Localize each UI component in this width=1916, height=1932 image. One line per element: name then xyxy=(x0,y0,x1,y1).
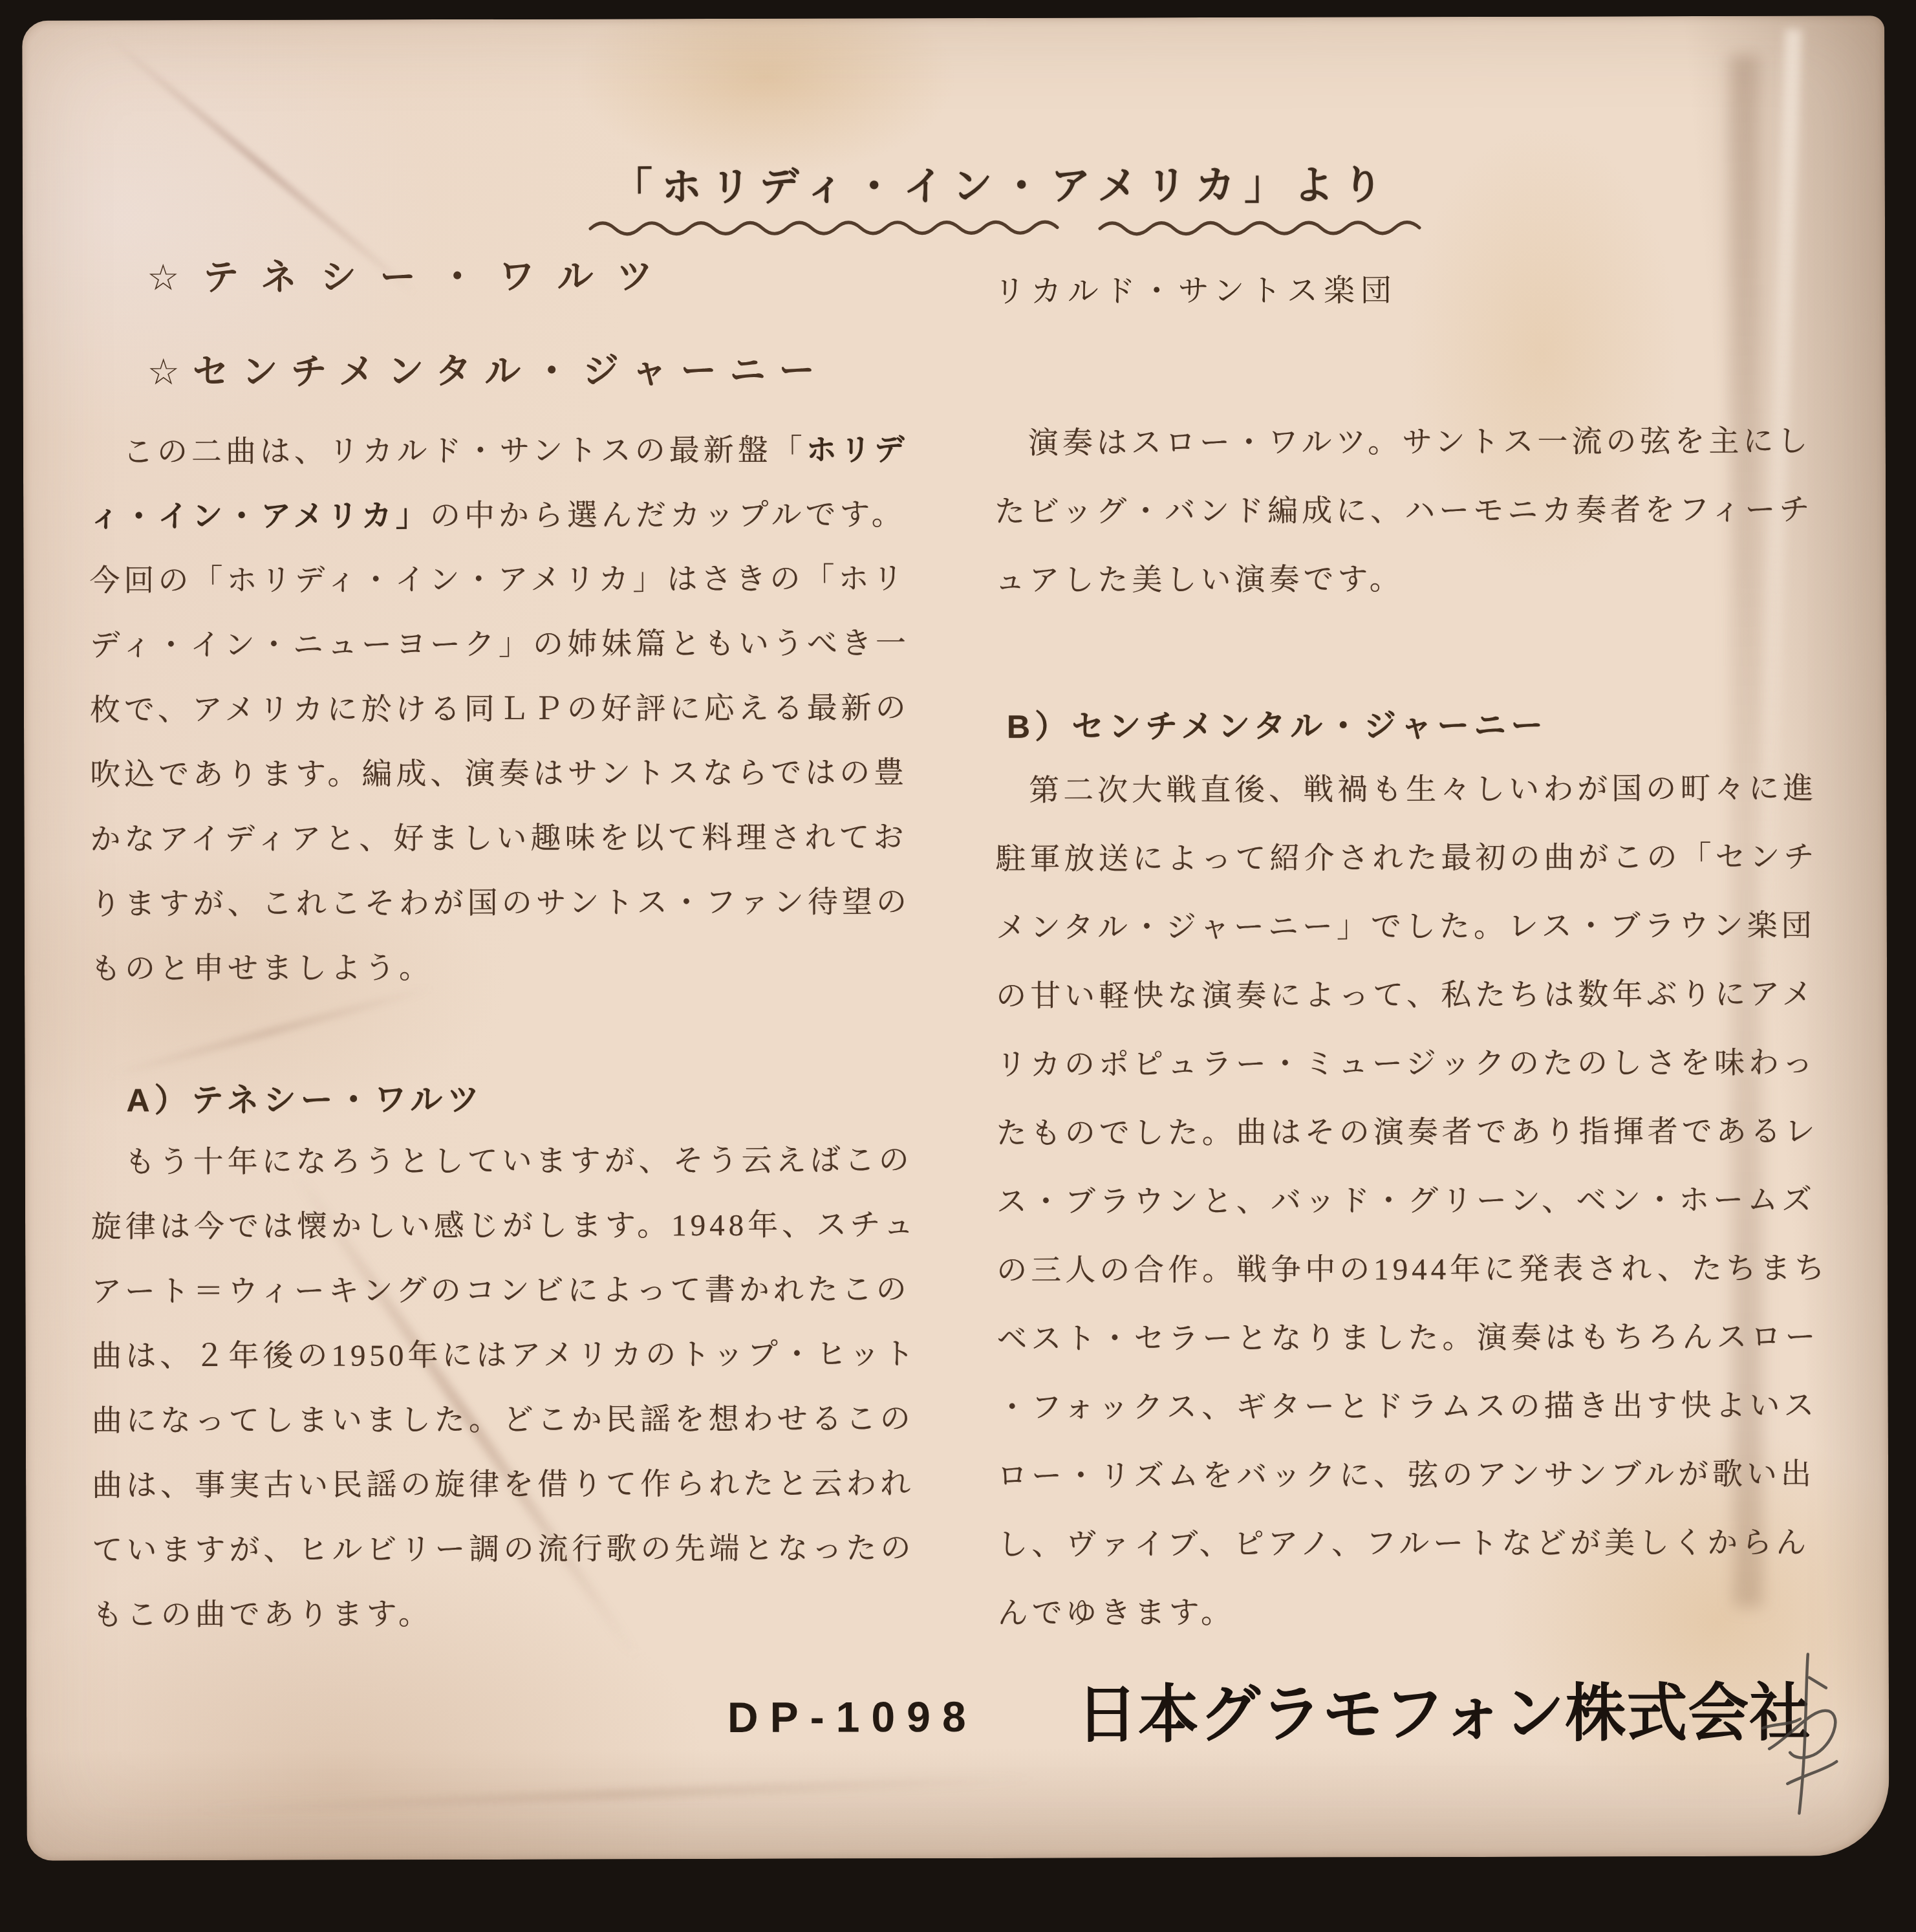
intro-line-9: ものと申せましよう。 xyxy=(91,935,960,1002)
liner-notes-content: 「ホリディ・イン・アメリカ」より ☆テネシー・ワルツ ☆センチメンタル・ジャーニ… xyxy=(0,0,1916,1932)
catalog-number: DP-1098 xyxy=(727,1687,978,1747)
intro-line-4: ディ・イン・ニューヨーク」の姉妹篇ともいうべき一 xyxy=(90,611,960,678)
section-a-line-5: 曲になってしまいました。どこか民謡を想わせるこの xyxy=(92,1387,962,1454)
section-a-line-8: もこの曲であります。 xyxy=(92,1581,962,1648)
section-b-line-10: ・フォックス、ギターとドラムスの描き出す快よいス xyxy=(997,1371,1870,1442)
section-a-line-7: ていますが、ヒルビリー調の流行歌の先端となったの xyxy=(92,1516,962,1583)
section-b-line-7: ス・ブラウンと、バッド・グリーン、ベン・ホームズ xyxy=(996,1166,1869,1237)
section-b-line-1: 第二次大戦直後、戦禍も生々しいわが国の町々に進 xyxy=(995,754,1868,825)
section-a-line-2: 旋律は今では懐かしい感じがします。1948年、スチュ xyxy=(91,1193,961,1260)
intro-line-3: 今回の「ホリディ・イン・アメリカ」はさきの「ホリ xyxy=(89,547,959,614)
section-b-line-2: 駐軍放送によって紹介された最初の曲がこの「センチ xyxy=(995,823,1868,894)
sheet-wrap: 「ホリディ・イン・アメリカ」より ☆テネシー・ワルツ ☆センチメンタル・ジャーニ… xyxy=(0,0,1916,1932)
intro-line-5: 枚で、アメリカに於ける同ＬＰの好評に応える最新の xyxy=(90,676,960,743)
intro-line-1-bold: ホリデ xyxy=(806,432,909,466)
intro-line-1-normal: この二曲は、リカルド・サントスの最新盤「 xyxy=(123,434,806,470)
section-a-line-1: もう十年になろうとしていますが、そう云えばこの xyxy=(91,1128,961,1195)
performance-line-3: ュアした美しい演奏です。 xyxy=(995,544,1868,615)
section-b-line-6: たものでした。曲はその演奏者であり指揮者であるレ xyxy=(996,1097,1869,1168)
intro-line-2-normal: の中から選んだカップルです。 xyxy=(430,498,906,533)
performance-paragraph: 演奏はスロー・ワルツ。サントス一流の弦を主にし たビッグ・バンド編成に、ハーモニ… xyxy=(995,407,1868,615)
section-b-heading: B）センチメンタル・ジャーニー xyxy=(995,695,1868,757)
section-b-line-12: し、ヴァイブ、ピアノ、フルートなどが美しくからん xyxy=(997,1508,1870,1579)
section-b-line-8: の三人の合作。戦争中の1944年に発表され、たちまち xyxy=(996,1234,1869,1305)
section-b: B）センチメンタル・ジャーニー 第二次大戦直後、戦禍も生々しいわが国の町々に進 … xyxy=(995,695,1871,1648)
song-title-tennessee-waltz: ☆テネシー・ワルツ xyxy=(147,248,676,301)
intro-line-8: りますが、これこそわが国のサントス・ファン待望の xyxy=(91,870,960,937)
intro-line-2: ィ・イン・アメリカ」の中から選んだカップルです。 xyxy=(89,482,959,549)
performance-line-2: たビッグ・バンド編成に、ハーモニカ奏者をフィーチ xyxy=(995,475,1868,547)
page-title: 「ホリディ・イン・アメリカ」より xyxy=(612,153,1392,212)
section-a: A）テネシー・ワルツ もう十年になろうとしていますが、そう云えばこの 旋律は今で… xyxy=(91,1069,962,1648)
performance-line-1: 演奏はスロー・ワルツ。サントス一流の弦を主にし xyxy=(995,407,1868,478)
section-b-line-13: んでゆきます。 xyxy=(997,1577,1870,1648)
section-b-line-5: リカのポピュラー・ミュージックのたのしさを味わっ xyxy=(996,1028,1869,1100)
intro-line-1: この二曲は、リカルド・サントスの最新盤「ホリデ xyxy=(89,417,959,484)
intro-line-6: 吹込であります。編成、演奏はサントスならではの豊 xyxy=(90,741,960,808)
intro-line-2-bold: ィ・イン・アメリカ」 xyxy=(89,498,430,533)
company-logo-text: 日本グラモフォン株式会社 xyxy=(1077,1673,1811,1755)
section-a-heading: A）テネシー・ワルツ xyxy=(91,1069,960,1131)
section-b-line-4: の甘い軽快な演奏によって、私たちは数年ぶりにアメ xyxy=(996,960,1869,1031)
section-a-line-3: アート＝ウィーキングのコンビによって書かれたこの xyxy=(91,1257,961,1325)
section-b-line-9: ベスト・セラーとなりました。演奏はもちろんスロー xyxy=(996,1303,1869,1374)
record-sleeve-photo: 「ホリディ・イン・アメリカ」より ☆テネシー・ワルツ ☆センチメンタル・ジャーニ… xyxy=(0,0,1916,1932)
section-b-line-3: メンタル・ジャーニー」でした。レス・ブラウン楽団 xyxy=(996,891,1869,962)
section-a-line-6: 曲は、事実古い民謡の旋律を借りて作られたと云われ xyxy=(92,1451,962,1519)
wavy-underline-right xyxy=(1097,211,1427,240)
intro-line-7: かなアイディアと、好ましい趣味を以て料理されてお xyxy=(90,805,960,873)
handwritten-mark xyxy=(1751,1650,1868,1818)
intro-paragraph: この二曲は、リカルド・サントスの最新盤「ホリデ ィ・イン・アメリカ」の中から選ん… xyxy=(89,417,960,1002)
section-a-line-4: 曲は、２年後の1950年にはアメリカのトップ・ヒット xyxy=(91,1322,961,1389)
song-title-sentimental-journey: ☆センチメンタル・ジャーニー xyxy=(147,342,828,396)
section-b-line-11: ロー・リズムをバックに、弦のアンサンブルが歌い出 xyxy=(997,1440,1870,1511)
artist-name: リカルド・サントス楽団 xyxy=(994,265,1397,311)
wavy-underline-left xyxy=(588,210,1086,240)
